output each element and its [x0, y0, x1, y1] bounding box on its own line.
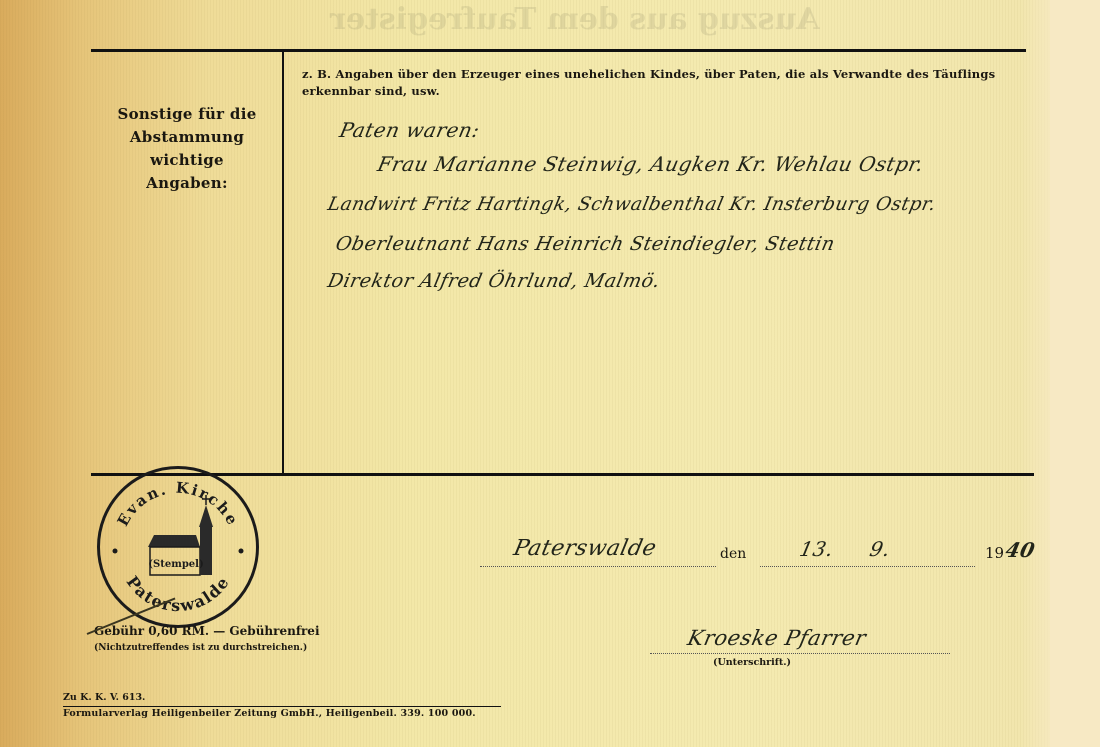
- column-divider: [282, 52, 284, 474]
- top-rule: [91, 49, 1026, 52]
- handwritten-line-1: Paten waren:: [337, 118, 482, 142]
- svg-text:(Stempel): (Stempel): [148, 559, 203, 570]
- date-label: den: [720, 546, 746, 562]
- handwritten-line-5: Direktor Alfred Öhrlund, Malmö.: [326, 270, 663, 292]
- year-prefix: 19: [985, 544, 1004, 562]
- paper-torn-edge: [1020, 0, 1100, 747]
- footer-rule: [63, 706, 501, 707]
- section-label-line-1: Sonstige für die: [92, 103, 282, 126]
- date-day-month: 13. 9.: [797, 537, 892, 561]
- section-label: Sonstige für die Abstammung wichtige Ang…: [92, 103, 282, 195]
- publisher-imprint: Formularverlag Heiligenbeiler Zeitung Gm…: [63, 708, 476, 719]
- fee-line: Gebühr 0,60 RM. — Gebührenfrei: [94, 624, 320, 638]
- year-handwritten: 40: [1003, 538, 1037, 562]
- church-stamp: Evan. Kirche Paterswalde (Stempel): [97, 466, 259, 628]
- svg-text:Evan. Kirche: Evan. Kirche: [114, 479, 243, 530]
- church-icon: Evan. Kirche Paterswalde (Stempel): [100, 469, 256, 625]
- handwritten-line-3: Landwirt Fritz Hartingk, Schwalbenthal K…: [326, 194, 938, 215]
- section-label-line-3: Angaben:: [92, 172, 282, 195]
- section-label-line-2: Abstammung wichtige: [92, 126, 282, 172]
- place-dotted-line: [480, 566, 716, 567]
- fee-note: (Nichtzutreffendes ist zu durchstreichen…: [94, 643, 307, 653]
- date-dotted-line: [760, 566, 975, 567]
- section-hint: z. B. Angaben über den Erzeuger eines un…: [302, 66, 1042, 100]
- signature-label: (Unterschrift.): [713, 657, 791, 668]
- form-reference: Zu K. K. V. 613.: [63, 692, 145, 703]
- handwritten-line-4: Oberleutnant Hans Heinrich Steindiegler,…: [334, 233, 837, 255]
- signature-handwritten: Kroeske Pfarrer: [685, 626, 868, 650]
- signature-dotted-line: [650, 653, 950, 654]
- handwritten-line-2: Frau Marianne Steinwig, Augken Kr. Wehla…: [375, 152, 926, 176]
- svg-text:Paterswalde: Paterswalde: [123, 572, 234, 615]
- place-handwritten: Paterswalde: [511, 536, 659, 561]
